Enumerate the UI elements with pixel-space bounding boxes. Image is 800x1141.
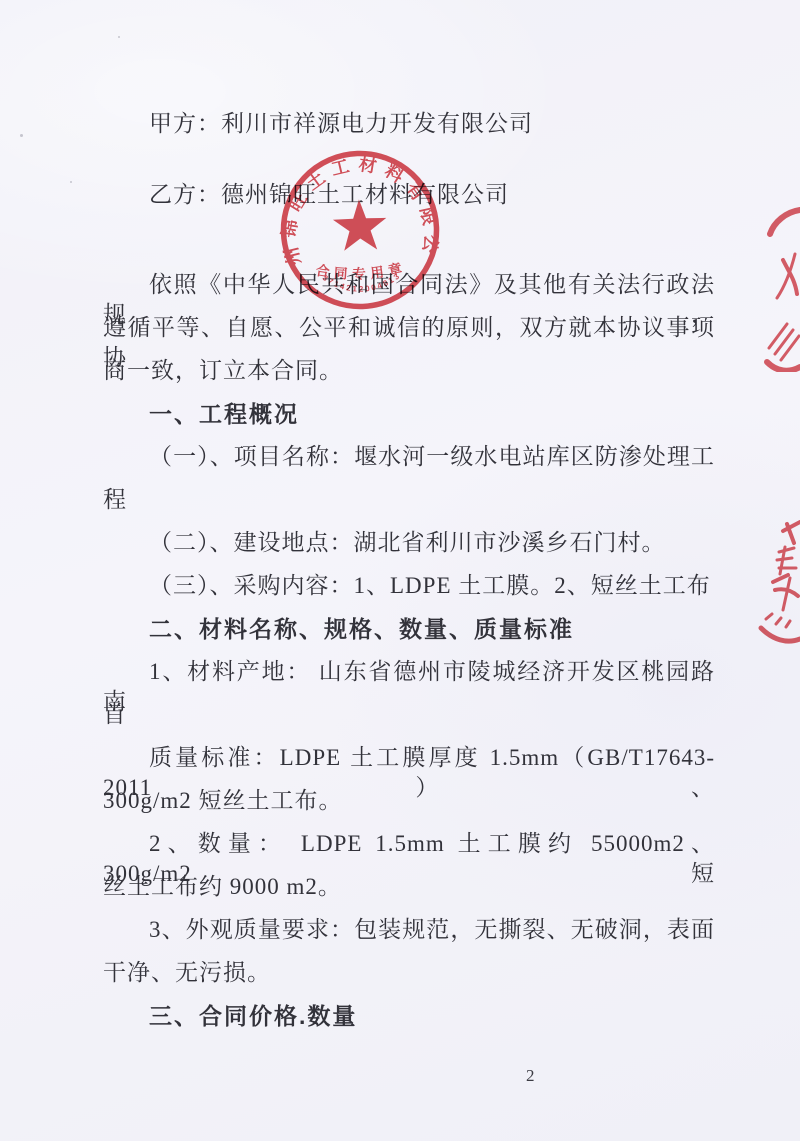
preamble-line-1: 依照《中华人民共和国合同法》及其他有关法行政法规， (103, 270, 715, 300)
scan-speck (118, 36, 120, 38)
contract-body: 甲方：利川市祥源电力开发有限公司 乙方：德州锦旺土工材料有限公司 依照《中华人民… (103, 109, 715, 1044)
scanned-contract-page: 甲方：利川市祥源电力开发有限公司 乙方：德州锦旺土工材料有限公司 依照《中华人民… (0, 0, 800, 1141)
procurement-content-line: （三）、采购内容：1、LDPE 土工膜。2、短丝土工布 (103, 571, 715, 601)
quality-standard-line-1: 质量标准：LDPE 土工膜厚度 1.5mm（GB/T17643-2011）、 (103, 743, 715, 773)
seal-fragment-strokes (752, 516, 800, 666)
scan-speck (20, 134, 23, 137)
cross-page-seal-fragment-upper (764, 202, 800, 372)
appearance-quality-line-1: 3、外观质量要求：包装规范，无撕裂、无破洞，表面 (103, 915, 715, 945)
quantity-line-1: 2、数量： LDPE 1.5mm 土工膜约 55000m2、300g/m2 短 (103, 829, 715, 859)
party-b-line: 乙方：德州锦旺土工材料有限公司 (103, 180, 715, 210)
project-name-line-2: 程 (103, 485, 715, 515)
section-2-heading: 二、材料名称、规格、数量、质量标准 (103, 614, 715, 644)
material-origin-line-2: 首 (103, 700, 715, 730)
page-number: 2 (526, 1066, 535, 1086)
scan-speck (70, 181, 72, 183)
party-a-line: 甲方：利川市祥源电力开发有限公司 (103, 109, 715, 139)
cross-page-seal-fragment-lower (752, 516, 800, 666)
project-name-line-1: （一）、项目名称：堰水河一级水电站库区防渗处理工 (103, 442, 715, 472)
preamble-line-2: 遵循平等、自愿、公平和诚信的原则，双方就本协议事项协 (103, 313, 715, 343)
appearance-quality-line-2: 干净、无污损。 (103, 958, 715, 988)
seal-fragment-strokes (764, 202, 800, 372)
preamble-line-3: 商一致，订立本合同。 (103, 356, 715, 386)
material-origin-line-1: 1、材料产地： 山东省德州市陵城经济开发区桃园路南 (103, 657, 715, 687)
section-3-heading: 三、合同价格.数量 (103, 1001, 715, 1031)
construction-site-line: （二）、建设地点：湖北省利川市沙溪乡石门村。 (103, 528, 715, 558)
section-1-heading: 一、工程概况 (103, 399, 715, 429)
